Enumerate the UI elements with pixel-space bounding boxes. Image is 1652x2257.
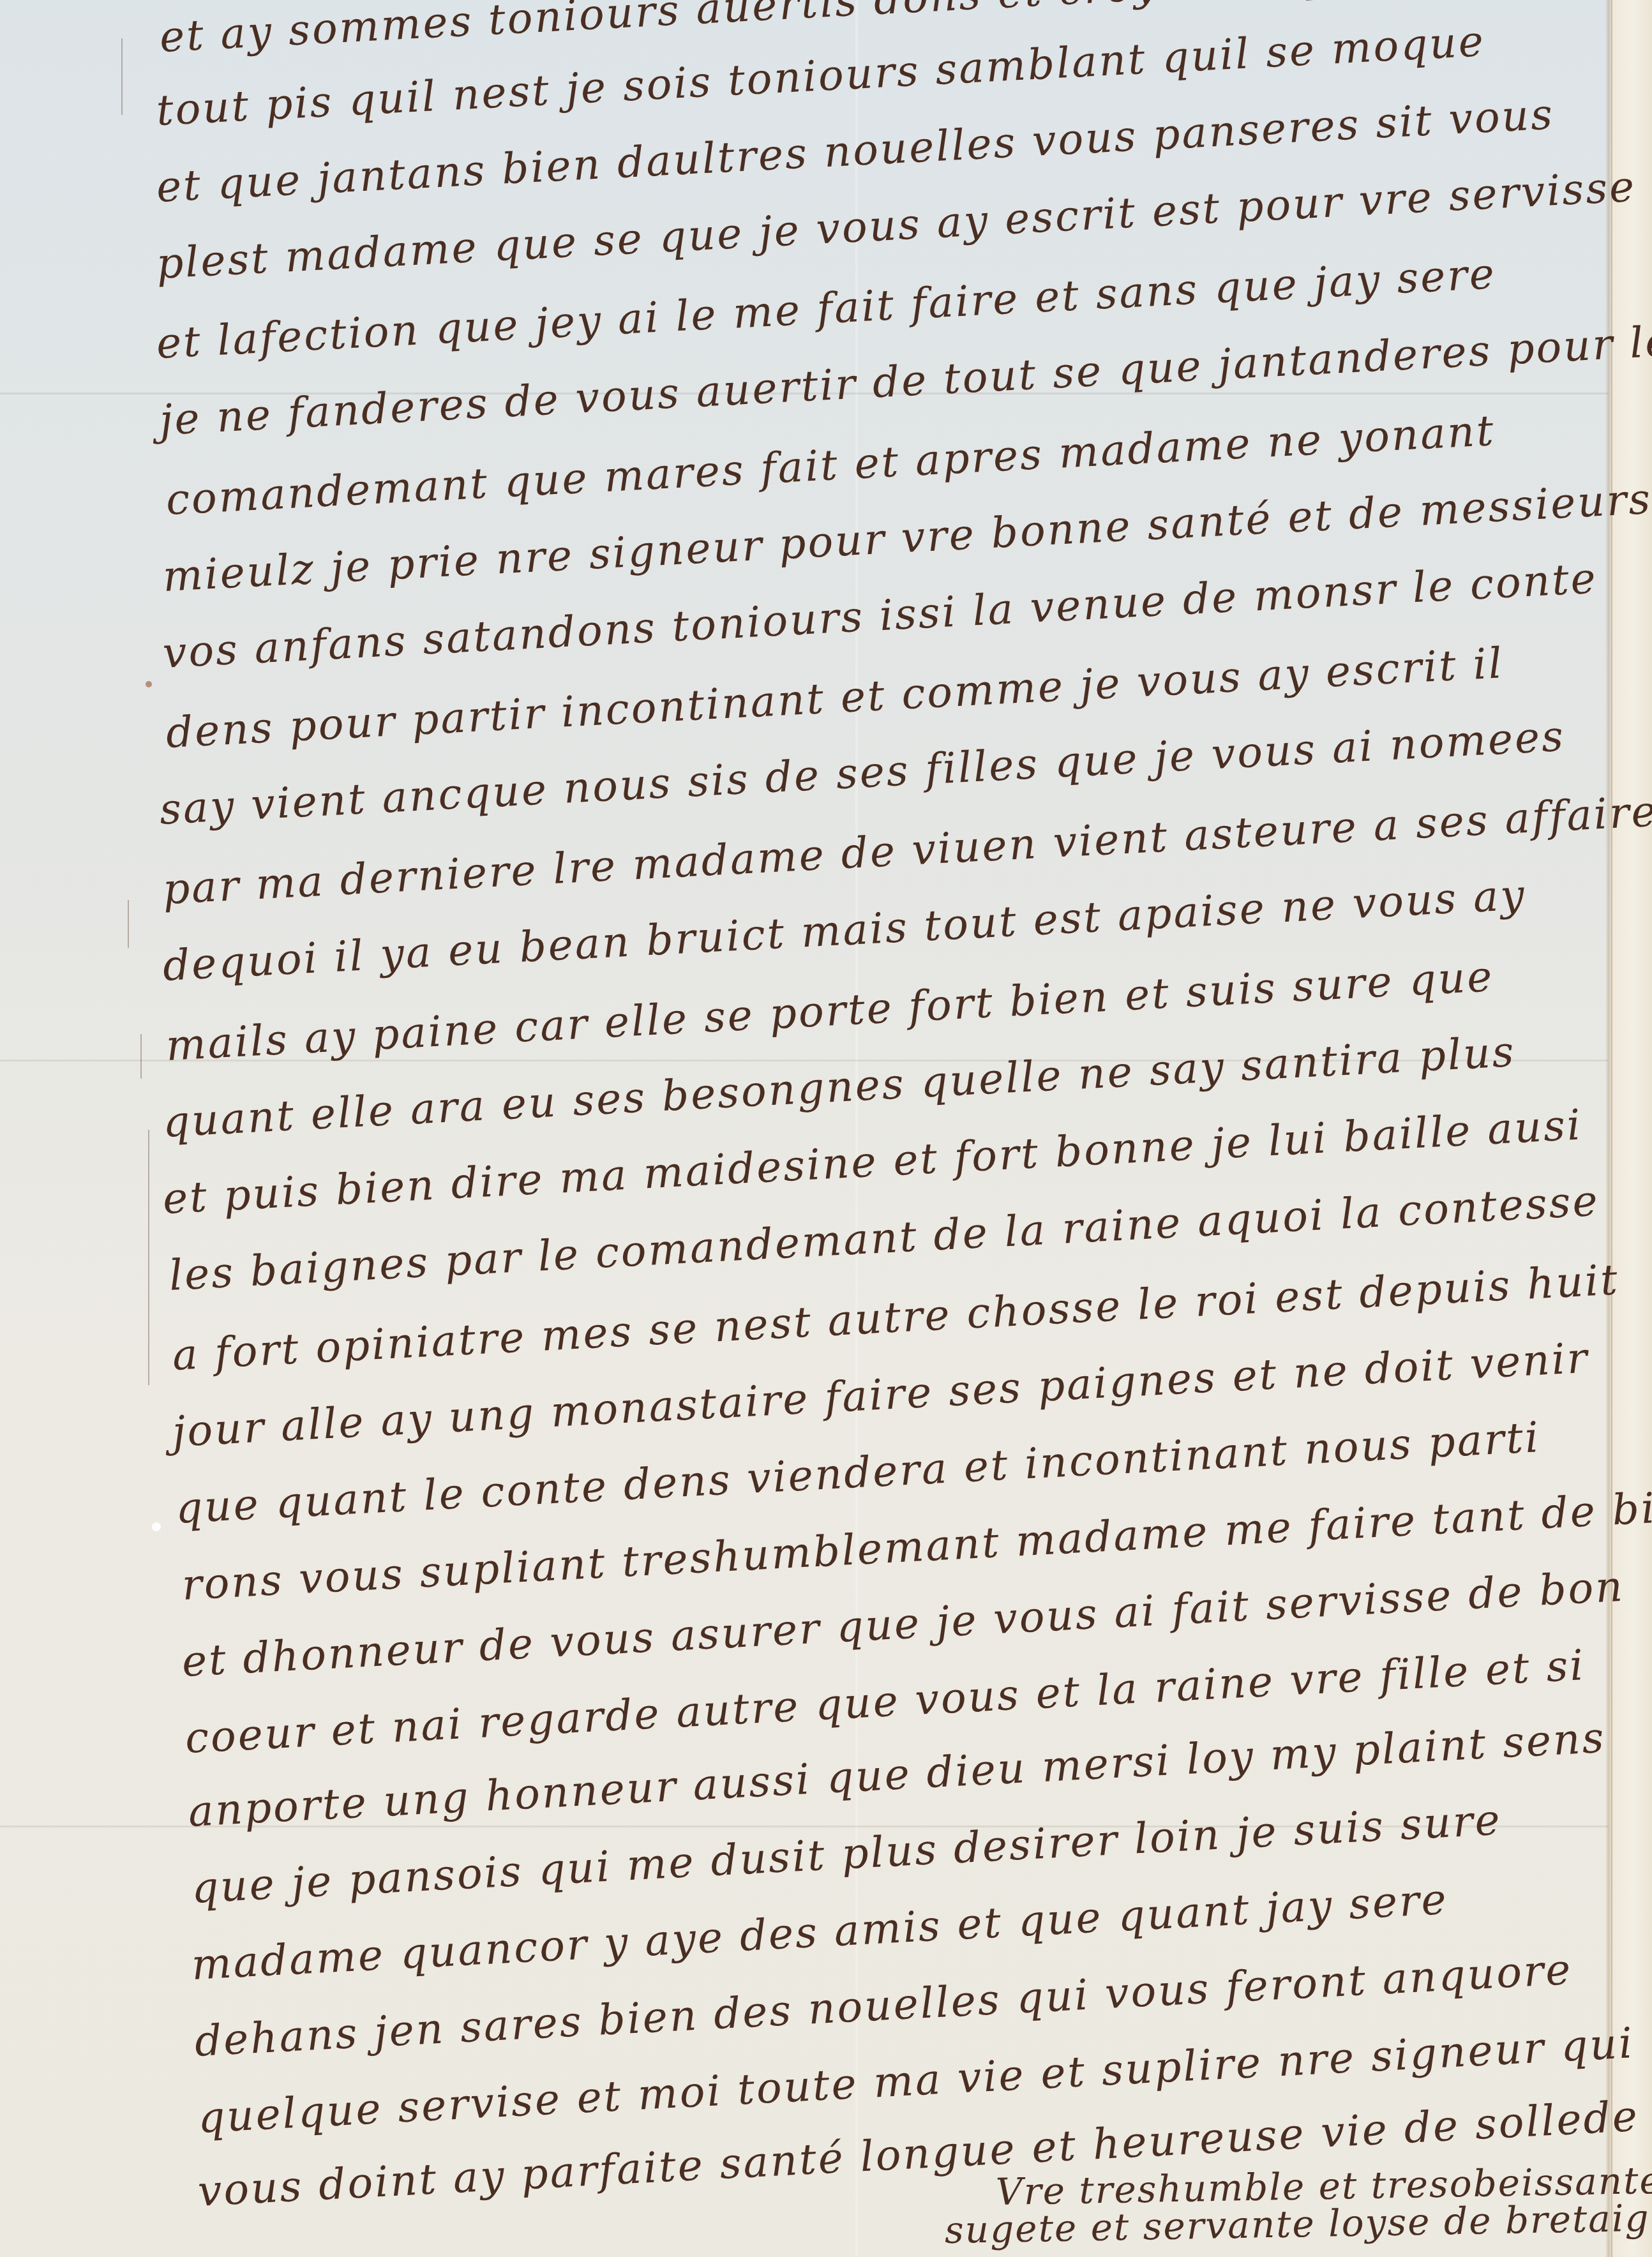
letter-body: et ay sommes toniours auertis dons et cr… <box>0 0 1652 2257</box>
